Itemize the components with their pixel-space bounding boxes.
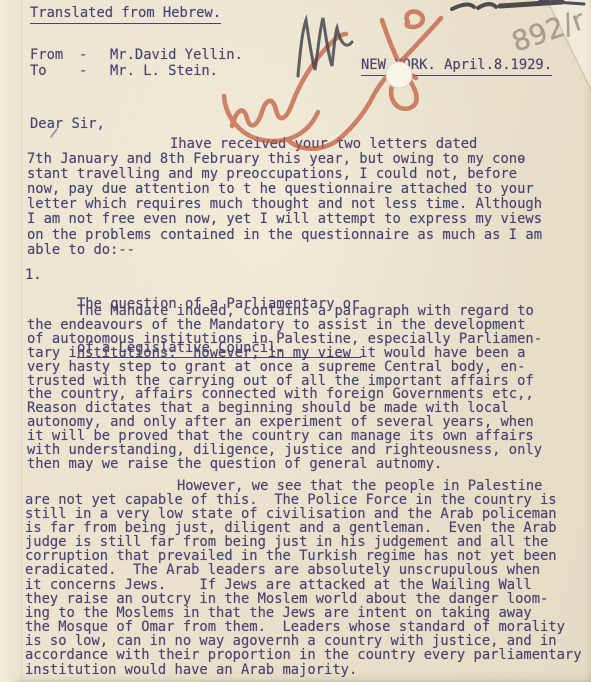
pencil-scribble bbox=[298, 18, 352, 76]
text-line: able to do:-- bbox=[27, 243, 542, 258]
text-line: they raise an outcry in the Moslem world… bbox=[25, 592, 582, 606]
to-dash: - bbox=[79, 63, 87, 79]
salutation: Dear Sir, bbox=[30, 116, 105, 132]
from-value: Mr.David Yellin. bbox=[110, 47, 243, 63]
paragraph-2: The Mandate indeed, contains a paragraph… bbox=[27, 305, 542, 472]
text-line: 7th January and 8th February this year, … bbox=[27, 152, 542, 167]
text-line: However, we see that the people in Pales… bbox=[25, 479, 582, 493]
text-line: institution would have an Arab majority. bbox=[25, 663, 582, 677]
text-line: eradicated. The Arab leaders are absolut… bbox=[25, 563, 582, 577]
dateline-text: NEW YORK. April.8.1929. bbox=[361, 57, 552, 76]
text-line: then may we raise the question of genera… bbox=[27, 458, 542, 472]
paper-left-edge bbox=[0, 0, 22, 682]
text-line: accordance with their proportion in the … bbox=[25, 648, 582, 662]
to-value: Mr. L. Stein. bbox=[110, 63, 218, 79]
text-line: on the problems contained in the questio… bbox=[27, 228, 542, 243]
text-line: ing to the Moslems in that the Jews are … bbox=[25, 606, 582, 620]
paper-edge-line bbox=[21, 0, 22, 682]
text-line: it concerns Jews. If Jews are attacked a… bbox=[25, 578, 582, 592]
text-line: are not yet capable of this. The Police … bbox=[25, 493, 582, 507]
text-line: is far from being just, diligent and a g… bbox=[25, 521, 582, 535]
pencil-number: 892/r bbox=[508, 3, 590, 59]
translation-note: Translated from Hebrew. bbox=[30, 5, 221, 21]
translation-note-text: Translated from Hebrew. bbox=[30, 5, 221, 24]
to-label: To bbox=[30, 63, 47, 79]
scanned-letter-page: Translated from Hebrew. From - Mr.David … bbox=[0, 0, 591, 682]
red-crayon-marks bbox=[224, 12, 441, 149]
corner-crease bbox=[547, 0, 591, 90]
paragraph-3: However, we see that the people in Pales… bbox=[25, 479, 582, 677]
from-dash: - bbox=[79, 47, 87, 63]
text-line: Ihave received your two letters dated bbox=[27, 137, 542, 152]
text-line: still in a very low state of civilisatio… bbox=[25, 507, 582, 521]
paragraph-1: Ihave received your two letters dated7th… bbox=[27, 137, 542, 258]
ink-smear bbox=[452, 1, 584, 9]
from-label: From bbox=[30, 47, 63, 63]
section-number: 1. bbox=[25, 267, 42, 283]
text-line: I am not free even now, yet I will attem… bbox=[27, 212, 542, 227]
dateline: NEW YORK. April.8.1929. bbox=[361, 57, 552, 73]
